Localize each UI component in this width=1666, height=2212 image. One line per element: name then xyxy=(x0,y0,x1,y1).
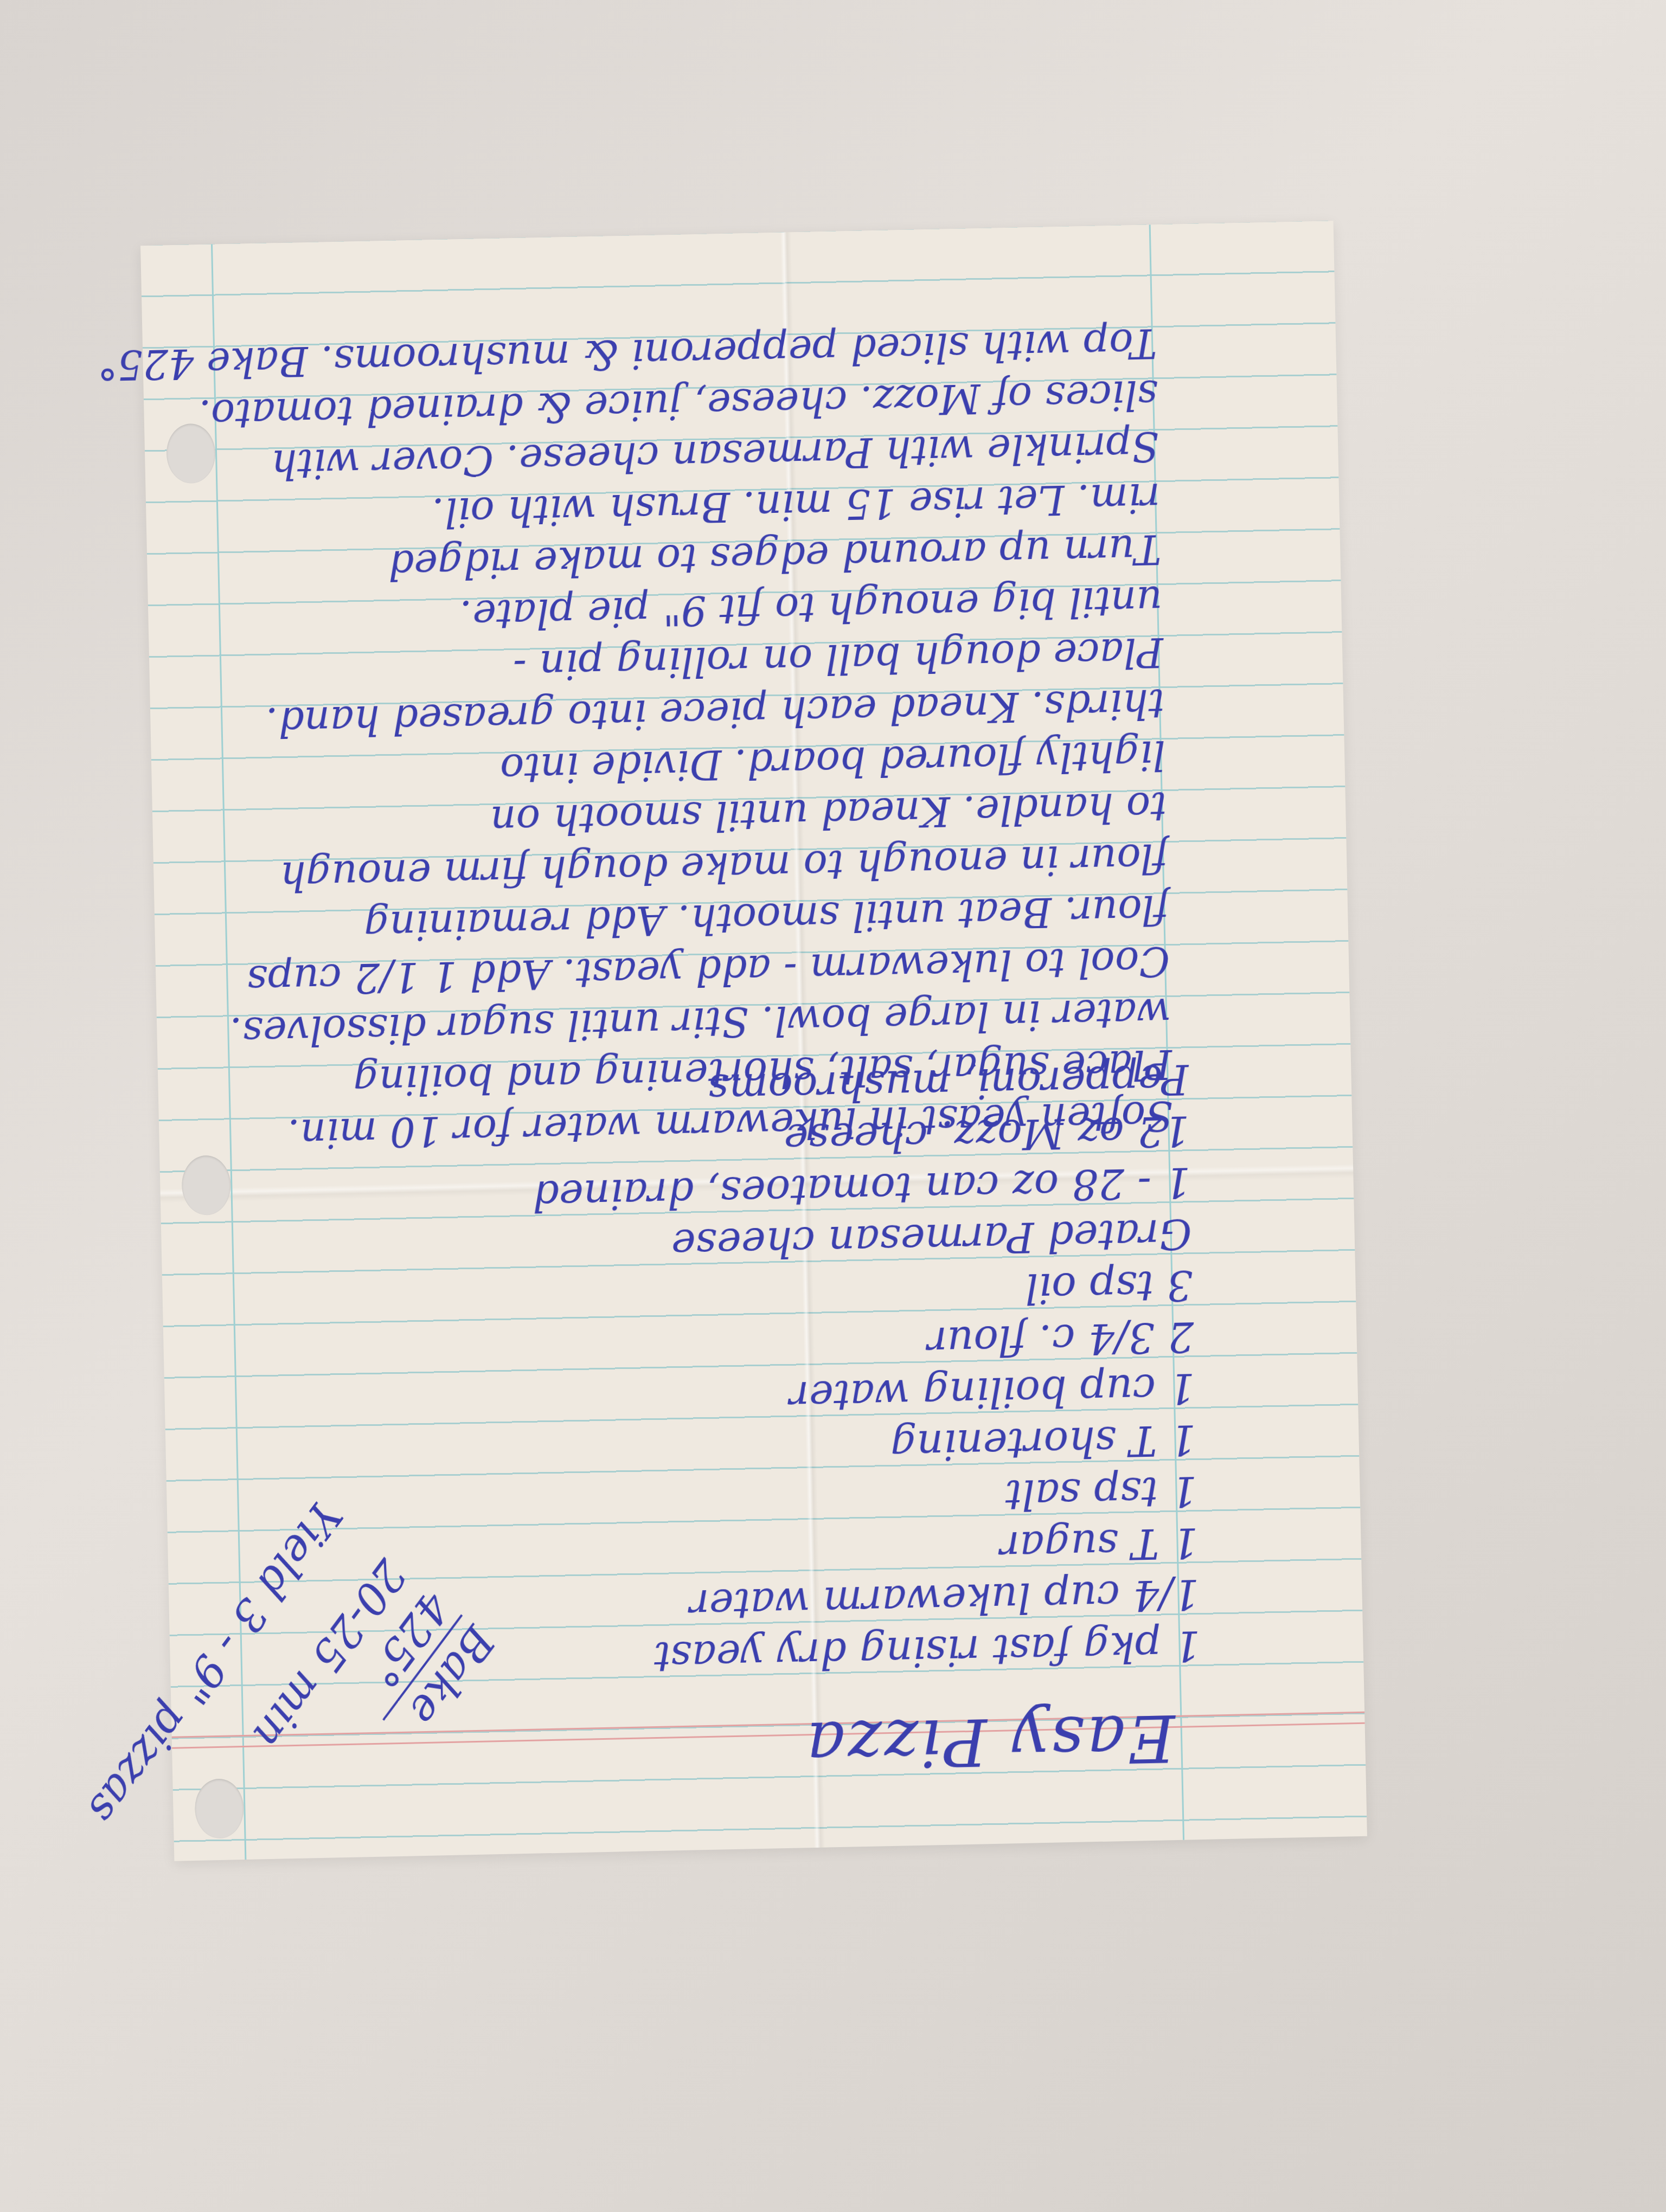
recipe-title: Easy Pizza xyxy=(804,1700,1176,1783)
handwritten-recipe: Easy Pizza 1 pkg fast rising dry yeast 1… xyxy=(140,221,1367,1861)
directions: Soften yeast in lukewarm water for 10 mi… xyxy=(153,317,1174,1161)
notebook-page: Easy Pizza 1 pkg fast rising dry yeast 1… xyxy=(140,221,1367,1861)
